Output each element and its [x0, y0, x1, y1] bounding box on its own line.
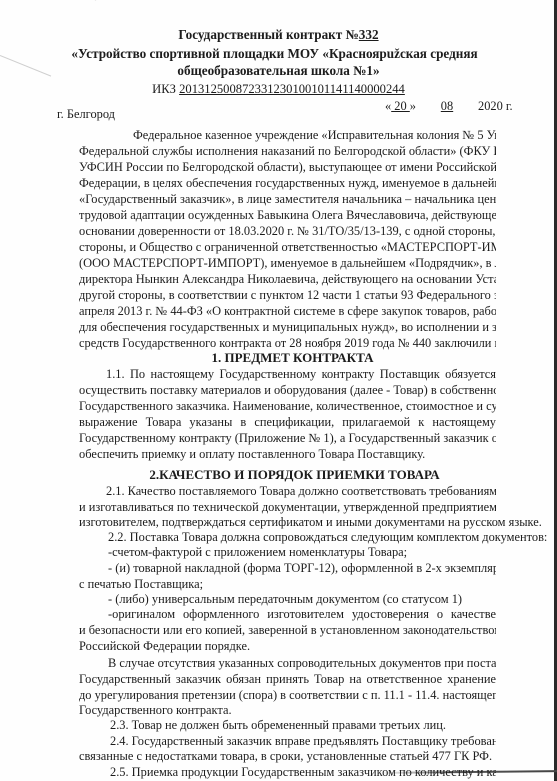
preamble-line: Федерации, в целях обеспечения государст… — [79, 176, 496, 191]
section-2-line: 2.4. Государственный заказчик вправе пре… — [110, 734, 496, 749]
section-2-line: с печатью Поставщика; — [79, 577, 203, 592]
section-1-line: осуществить поставку материалов и оборуд… — [79, 383, 496, 398]
section-2-line: и изготавливаться по технической докумен… — [79, 500, 496, 515]
section-2-line: связанные с недостатками товара, в сроки… — [79, 749, 492, 764]
section-1-line: обеспечить приемку и оплату поставленног… — [79, 447, 425, 462]
section-2-line: 2.3. Товар не должен быть обремененный п… — [110, 718, 446, 733]
preamble-line: УФСИН России по Белгородской области), в… — [79, 160, 496, 175]
section-1-line: Государственному контракту (Приложение №… — [79, 431, 496, 446]
preamble-line: Федеральное казенное учреждение «Исправи… — [133, 128, 496, 143]
section-1-line: 1.1. По настоящему Государственному конт… — [106, 367, 496, 382]
section-2-line: 2.1. Качество поставляемого Товара должн… — [106, 484, 496, 499]
section-2-line: до урегулирования претензии (спора) в со… — [79, 688, 496, 703]
preamble-line: средств Государственного контракта от 28… — [79, 336, 496, 351]
section-2-line: Государственный заказчик обязан принять … — [79, 672, 496, 687]
section-2-line: изготовителем, подтверждаться сертификат… — [79, 515, 542, 530]
preamble-line: апреля 2013 г. № 44-ФЗ «О контрактной си… — [79, 304, 496, 319]
contract-number: 332 — [359, 27, 379, 42]
preamble-line: Федеральной службы исполнения наказаний … — [79, 144, 496, 159]
section-2-line: и безопасности или его копией, заверенно… — [79, 623, 496, 638]
contract-subject-line-2: общеобразовательная школа №1» — [0, 63, 557, 78]
section-2-line: - (и) товарной накладной (форма ТОРГ-12)… — [108, 561, 496, 576]
ikz-value: 201312500872331230100101141140000244 — [179, 82, 405, 96]
section-2-line: 2.2. Поставка Товара должна сопровождать… — [108, 530, 547, 545]
section-2-line: В случае отсутствия указанных сопроводит… — [108, 656, 496, 671]
section-2-line: Российской Федерации порядке. — [79, 639, 250, 654]
preamble-line: стороны, и Общество с ограниченной ответ… — [79, 240, 496, 255]
section-2-line: -счетом-фактурой с приложением номенклат… — [108, 545, 407, 560]
section-1-heading: 1. ПРЕДМЕТ КОНТРАКТА — [14, 350, 557, 365]
contract-date: « 20 »082020 г. — [385, 99, 513, 114]
preamble-line: другой стороны, в соответствии с пунктом… — [79, 288, 496, 303]
paper-fold-mark — [95, 0, 142, 1]
contract-title: Государственный контракт №332 — [0, 27, 557, 42]
preamble-line: директора Нынкин Александра Николаевича,… — [79, 272, 496, 287]
section-2-line: Государственного контракта. — [79, 703, 232, 718]
ikz-line: ИКЗ 201312500872331230100101141140000244 — [0, 82, 557, 97]
section-2-line: 2.5. Приемка продукции Государственным з… — [110, 765, 496, 780]
section-2-line: - (либо) универсальным передаточным доку… — [108, 592, 462, 607]
document-page: Государственный контракт №332 «Устройств… — [0, 0, 557, 781]
section-1-line: выражение Товара указаны в спецификации,… — [79, 415, 496, 430]
section-2-heading: 2.КАЧЕСТВО И ПОРЯДОК ПРИЕМКИ ТОВАРА — [16, 467, 557, 482]
section-2-line: -оригиналом оформленного изготовителем у… — [108, 607, 496, 622]
preamble-line: для обеспечения государственных и муници… — [79, 320, 496, 335]
preamble-line: основании доверенности от 18.03.2020 г. … — [79, 224, 496, 239]
city: г. Белгород — [57, 107, 115, 122]
preamble-line: трудовой адаптации осужденных Бавыкина О… — [79, 208, 496, 223]
section-1-line: Государственного заказчика. Наименование… — [79, 399, 496, 414]
preamble-line: «Государственный заказчик», в лице замес… — [79, 192, 496, 207]
preamble-line: (ООО МАСТЕРСПОРТ-ИМПОРТ), именуемое в да… — [79, 256, 496, 271]
contract-subject-line-1: «Устройство спортивной площадки МОУ «Кра… — [0, 46, 553, 61]
